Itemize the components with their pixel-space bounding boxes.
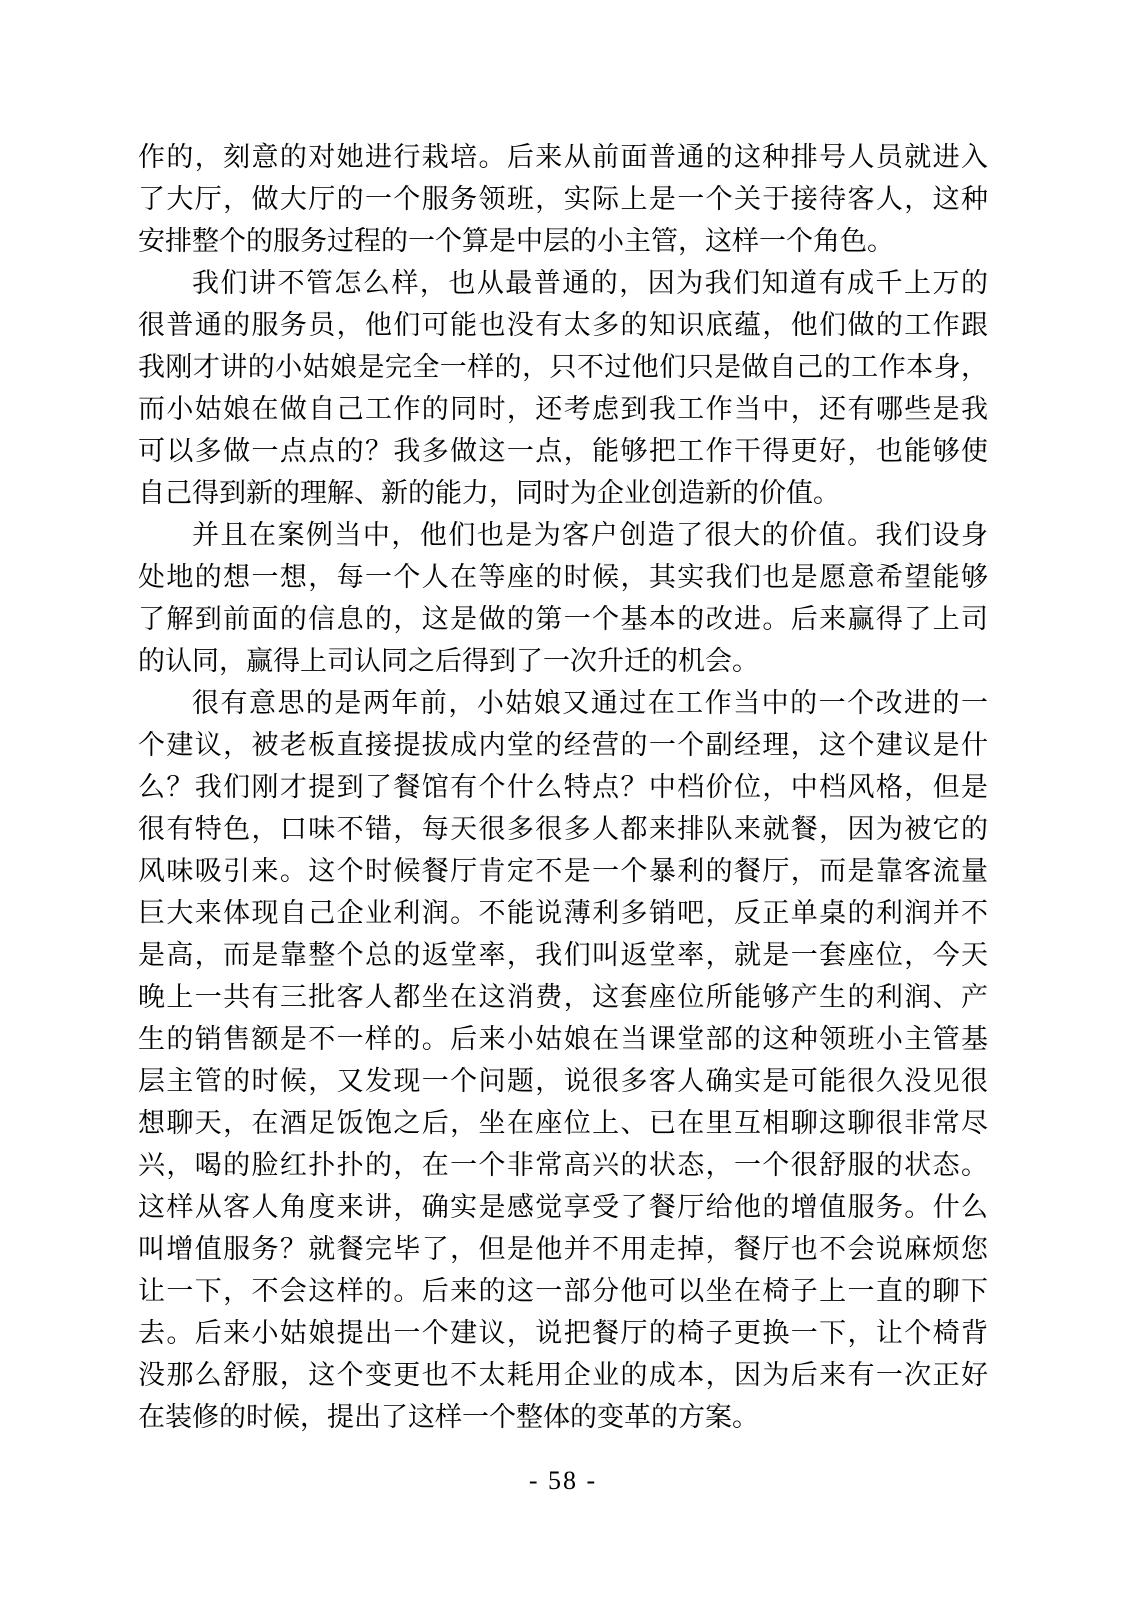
text-line: 叫增值服务？就餐完毕了，但是他并不用走掉，餐厅也不会说麻烦您 (138, 1228, 988, 1270)
text-line: 可以多做一点点的？我多做这一点，能够把工作干得更好，也能够使 (138, 430, 988, 472)
paragraph: 很有意思的是两年前，小姑娘又通过在工作当中的一个改进的一个建议，被老板直接提拔成… (138, 682, 988, 1438)
text-line: 很普通的服务员，他们可能也没有太多的知识底蕴，他们做的工作跟 (138, 304, 988, 346)
text-line: 去。后来小姑娘提出一个建议，说把餐厅的椅子更换一下，让个椅背 (138, 1312, 988, 1354)
page-number: - 58 - (138, 1466, 988, 1496)
text-line: 了解到前面的信息的，这是做的第一个基本的改进。后来赢得了上司 (138, 598, 988, 640)
text-line: 在装修的时候，提出了这样一个整体的变革的方案。 (138, 1396, 988, 1438)
text-line: 自己得到新的理解、新的能力，同时为企业创造新的价值。 (138, 472, 988, 514)
text-line: 没那么舒服，这个变更也不太耗用企业的成本，因为后来有一次正好 (138, 1354, 988, 1396)
text-line: 了大厅，做大厅的一个服务领班，实际上是一个关于接待客人，这种 (138, 178, 988, 220)
text-line: 兴，喝的脸红扑扑的，在一个非常高兴的状态，一个很舒服的状态。 (138, 1144, 988, 1186)
text-line: 风味吸引来。这个时候餐厅肯定不是一个暴利的餐厅，而是靠客流量 (138, 850, 988, 892)
text-line: 并且在案例当中，他们也是为客户创造了很大的价值。我们设身 (138, 514, 988, 556)
text-line: 的认同，赢得上司认同之后得到了一次升迁的机会。 (138, 640, 988, 682)
text-line: 巨大来体现自己企业利润。不能说薄利多销吧，反正单桌的利润并不 (138, 892, 988, 934)
text-body: 作的，刻意的对她进行栽培。后来从前面普通的这种排号人员就进入了大厅，做大厅的一个… (138, 136, 988, 1438)
text-line: 让一下，不会这样的。后来的这一部分他可以坐在椅子上一直的聊下 (138, 1270, 988, 1312)
text-line: 我刚才讲的小姑娘是完全一样的，只不过他们只是做自己的工作本身， (138, 346, 988, 388)
text-line: 是高，而是靠整个总的返堂率，我们叫返堂率，就是一套座位，今天 (138, 934, 988, 976)
text-line: 处地的想一想，每一个人在等座的时候，其实我们也是愿意希望能够 (138, 556, 988, 598)
text-line: 我们讲不管怎么样，也从最普通的，因为我们知道有成千上万的 (138, 262, 988, 304)
text-line: 而小姑娘在做自己工作的同时，还考虑到我工作当中，还有哪些是我 (138, 388, 988, 430)
text-line: 安排整个的服务过程的一个算是中层的小主管，这样一个角色。 (138, 220, 988, 262)
text-line: 作的，刻意的对她进行栽培。后来从前面普通的这种排号人员就进入 (138, 136, 988, 178)
text-line: 个建议，被老板直接提拔成内堂的经营的一个副经理，这个建议是什 (138, 724, 988, 766)
text-line: 很有意思的是两年前，小姑娘又通过在工作当中的一个改进的一 (138, 682, 988, 724)
document-page: 作的，刻意的对她进行栽培。后来从前面普通的这种排号人员就进入了大厅，做大厅的一个… (0, 0, 1131, 1600)
text-line: 么？我们刚才提到了餐馆有个什么特点？中档价位，中档风格，但是 (138, 766, 988, 808)
paragraph: 作的，刻意的对她进行栽培。后来从前面普通的这种排号人员就进入了大厅，做大厅的一个… (138, 136, 988, 262)
text-line: 层主管的时候，又发现一个问题，说很多客人确实是可能很久没见很 (138, 1060, 988, 1102)
paragraph: 我们讲不管怎么样，也从最普通的，因为我们知道有成千上万的很普通的服务员，他们可能… (138, 262, 988, 514)
text-line: 这样从客人角度来讲，确实是感觉享受了餐厅给他的增值服务。什么 (138, 1186, 988, 1228)
text-line: 生的销售额是不一样的。后来小姑娘在当课堂部的这种领班小主管基 (138, 1018, 988, 1060)
text-line: 想聊天，在酒足饭饱之后，坐在座位上、已在里互相聊这聊很非常尽 (138, 1102, 988, 1144)
paragraph: 并且在案例当中，他们也是为客户创造了很大的价值。我们设身处地的想一想，每一个人在… (138, 514, 988, 682)
text-line: 晚上一共有三批客人都坐在这消费，这套座位所能够产生的利润、产 (138, 976, 988, 1018)
text-line: 很有特色，口味不错，每天很多很多人都来排队来就餐，因为被它的 (138, 808, 988, 850)
